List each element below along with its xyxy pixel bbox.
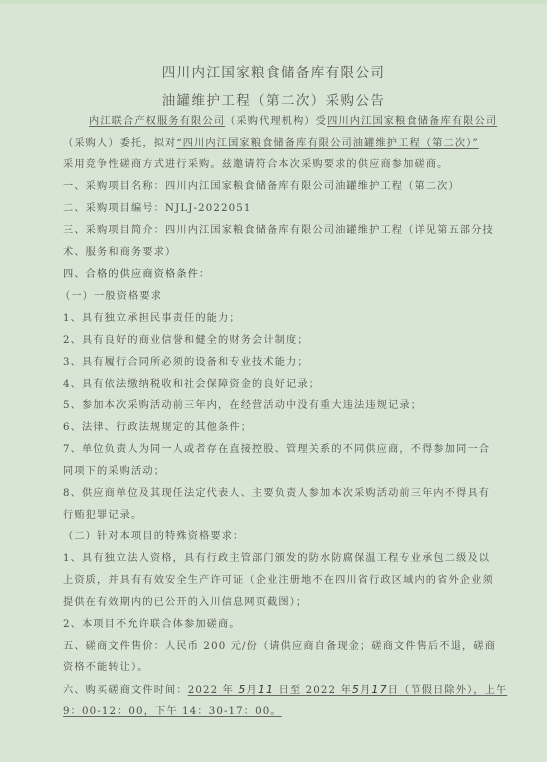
month-label: 月 bbox=[247, 685, 258, 696]
item6-line2: 9：00-12：00，下午 14：30-17：00。 bbox=[63, 705, 282, 719]
special-item-1-line1: 1、具有独立法人资格，具有行政主管部门颁发的防水防腐保温工程专业承包二级及以 bbox=[63, 552, 490, 566]
special-item-2: 2、本项目不允许联合体参加磋商。 bbox=[63, 618, 241, 632]
general-item-4: 4、具有依法缴纳税收和社会保障资金的良好记录； bbox=[63, 378, 320, 392]
month-label: 月 bbox=[360, 685, 371, 696]
item5-line1: 五、磋商文件售价：人民币 200 元/份（请供应商自备现金；磋商文件售后不退，磋… bbox=[63, 640, 496, 654]
general-item-1: 1、具有独立承担民事责任的能力； bbox=[63, 312, 241, 326]
start-day-handwritten: 11 bbox=[258, 683, 274, 696]
general-item-8-line1: 8、供应商单位及其现任法定代表人、主要负责人参加本次采购活动前三年内不得具有 bbox=[63, 487, 490, 501]
general-item-8-line2: 行贿犯罪记录。 bbox=[63, 509, 142, 523]
agency-name: 内江联合产权服务有限公司 bbox=[89, 116, 225, 127]
purchaser-name: 四川内江国家粮食储备库有限公司 bbox=[327, 116, 497, 127]
end-year: 2022 年 bbox=[306, 685, 352, 696]
special-item-1-line3: 提供在有效期内的已公开的入川信息网页截图）； bbox=[63, 596, 307, 610]
item6-label: 六、购买磋商文件时间： bbox=[63, 685, 188, 696]
document-page: 四川内江国家粮食储备库有限公司 油罐维护工程（第二次）采购公告 内江联合产权服务… bbox=[0, 0, 547, 762]
start-month-handwritten: 5 bbox=[238, 683, 246, 696]
project-quoted: “四川内江国家粮食储备库有限公司油罐维护工程（第二次）” bbox=[176, 138, 478, 149]
general-item-2: 2、具有良好的商业信誉和健全的财务会计制度； bbox=[63, 334, 309, 348]
day-label: 日 bbox=[388, 685, 399, 696]
purchaser-role: （采购人）委托，拟对 bbox=[63, 138, 176, 149]
end-month-handwritten: 5 bbox=[352, 683, 360, 696]
day-label-to: 日至 bbox=[279, 685, 302, 696]
end-day-handwritten: 17 bbox=[371, 683, 387, 696]
item1: 一、采购项目名称：四川内江国家粮食储备库有限公司油罐维护工程（第二次） bbox=[63, 180, 460, 194]
intro-line1: 内江联合产权服务有限公司（采购代理机构）受四川内江国家粮食储备库有限公司 bbox=[89, 115, 497, 129]
item3-line2: 术、服务和商务要求） bbox=[63, 246, 176, 260]
item2: 二、采购项目编号：NJLJ-2022051 bbox=[63, 202, 252, 216]
purchase-hours: 9：00-12：00，下午 14：30-17：00。 bbox=[63, 706, 282, 717]
intro-line3: 采用竞争性磋商方式进行采购。兹邀请符合本次采购要求的供应商参加磋商。 bbox=[63, 158, 448, 172]
agency-role: （采购代理机构）受 bbox=[225, 116, 327, 127]
purchase-period: 2022 年 5月11 日至 2022 年5月17日（节假日除外），上午 bbox=[188, 685, 508, 696]
item5-line2: 资格不能转让）。 bbox=[63, 661, 149, 675]
general-item-7-line2: 同项下的采购活动； bbox=[63, 465, 165, 479]
general-heading: （一）一般资格要求 bbox=[60, 290, 162, 304]
general-item-5: 5、参加本次采购活动前三年内，在经营活动中没有重大违法违规记录； bbox=[63, 399, 422, 413]
special-heading: （二）针对本项目的特殊资格要求： bbox=[63, 530, 244, 544]
holiday-note: （节假日除外），上午 bbox=[399, 685, 507, 696]
general-item-3: 3、具有履行合同所必须的设备和专业技术能力； bbox=[63, 356, 309, 370]
item4-heading: 四、合格的供应商资格条件： bbox=[63, 268, 210, 282]
special-item-1-line2: 上资质，并具有有效安全生产许可证（企业注册地不在四川省行政区域内的省外企业须 bbox=[63, 574, 494, 588]
doc-title-line2: 油罐维护工程（第二次）采购公告 bbox=[0, 89, 547, 109]
general-item-6: 6、法律、行政法规规定的其他条件； bbox=[63, 421, 252, 435]
item6-line1: 六、购买磋商文件时间：2022 年 5月11 日至 2022 年5月17日（节假… bbox=[63, 683, 507, 698]
general-item-7-line1: 7、单位负责人为同一人或者存在直接控股、管理关系的不同供应商，不得参加同一合 bbox=[63, 443, 490, 457]
item3-line1: 三、采购项目简介：四川内江国家粮食储备库有限公司油罐维护工程（详见第五部分技 bbox=[63, 224, 494, 238]
intro-line2: （采购人）委托，拟对“四川内江国家粮食储备库有限公司油罐维护工程（第二次）” bbox=[63, 137, 479, 151]
start-year: 2022 年 bbox=[188, 685, 234, 696]
doc-title-line1: 四川内江国家粮食储备库有限公司 bbox=[0, 61, 547, 81]
